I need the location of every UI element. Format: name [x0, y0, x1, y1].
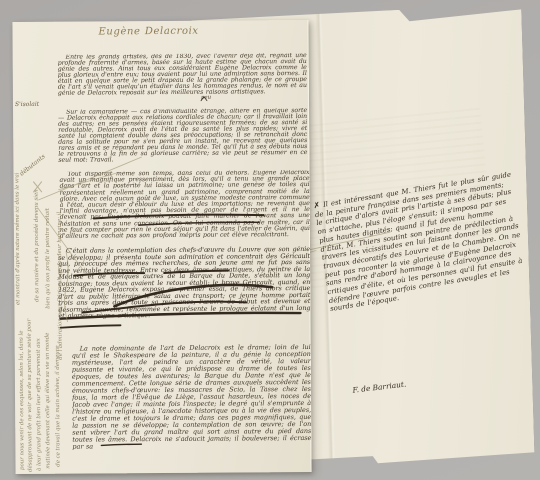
- margin-note-isolait: S'isolait: [15, 101, 39, 108]
- vertical-margin-note: et montrait d'après nature même ici dans…: [14, 173, 21, 305]
- vertical-margin-note: de sa manière et du procédé devenu sien: [34, 189, 41, 302]
- manuscript-sheet-left: Eugène Delacroix Entre les grands artist…: [12, 20, 311, 474]
- vertical-margin-note: matinée devenant celle qui élève sa vie …: [45, 333, 52, 469]
- interline-insertion-word: peu: [201, 95, 211, 101]
- paragraph-2: Sur la camaraderie — cas d'individualité…: [58, 108, 307, 170]
- vertical-margin-note: désapprouvant de ne voir que de sa peint…: [26, 319, 33, 472]
- paragraph-5: La note dominante de l'art de Delacroix …: [72, 344, 312, 472]
- paragraph-3: Tout disparaît même son temps, dans celu…: [59, 170, 310, 246]
- cross-annotation-mark: ✗: [313, 200, 321, 210]
- margin-note-debutants: débutants: [18, 153, 46, 177]
- signature: F. de Barriaut.: [352, 379, 407, 394]
- paragraph-1: Entre les grands artistes, dès de 1830, …: [58, 53, 307, 109]
- paragraph-4-edited: C'était dans la contemplation des chefs-…: [58, 246, 311, 340]
- vertical-margin-note: pour nous venir de ces esquisses, selon …: [19, 331, 26, 470]
- vertical-margin-note: bien qu'à son profit le peintre restait: [45, 208, 52, 309]
- vertical-margin-note: à leur grand profit bien leur effort par…: [36, 338, 43, 471]
- manuscript-title: Eugène Delacroix: [98, 26, 198, 38]
- photo-background: ✗Il est intéressant que M. Thiers fut le…: [0, 0, 540, 480]
- vertical-margin-note: de ce travail que la main achève, il dem…: [55, 345, 62, 466]
- vertical-margin-note: de l'admiration pour Géricault profondeu…: [57, 212, 64, 360]
